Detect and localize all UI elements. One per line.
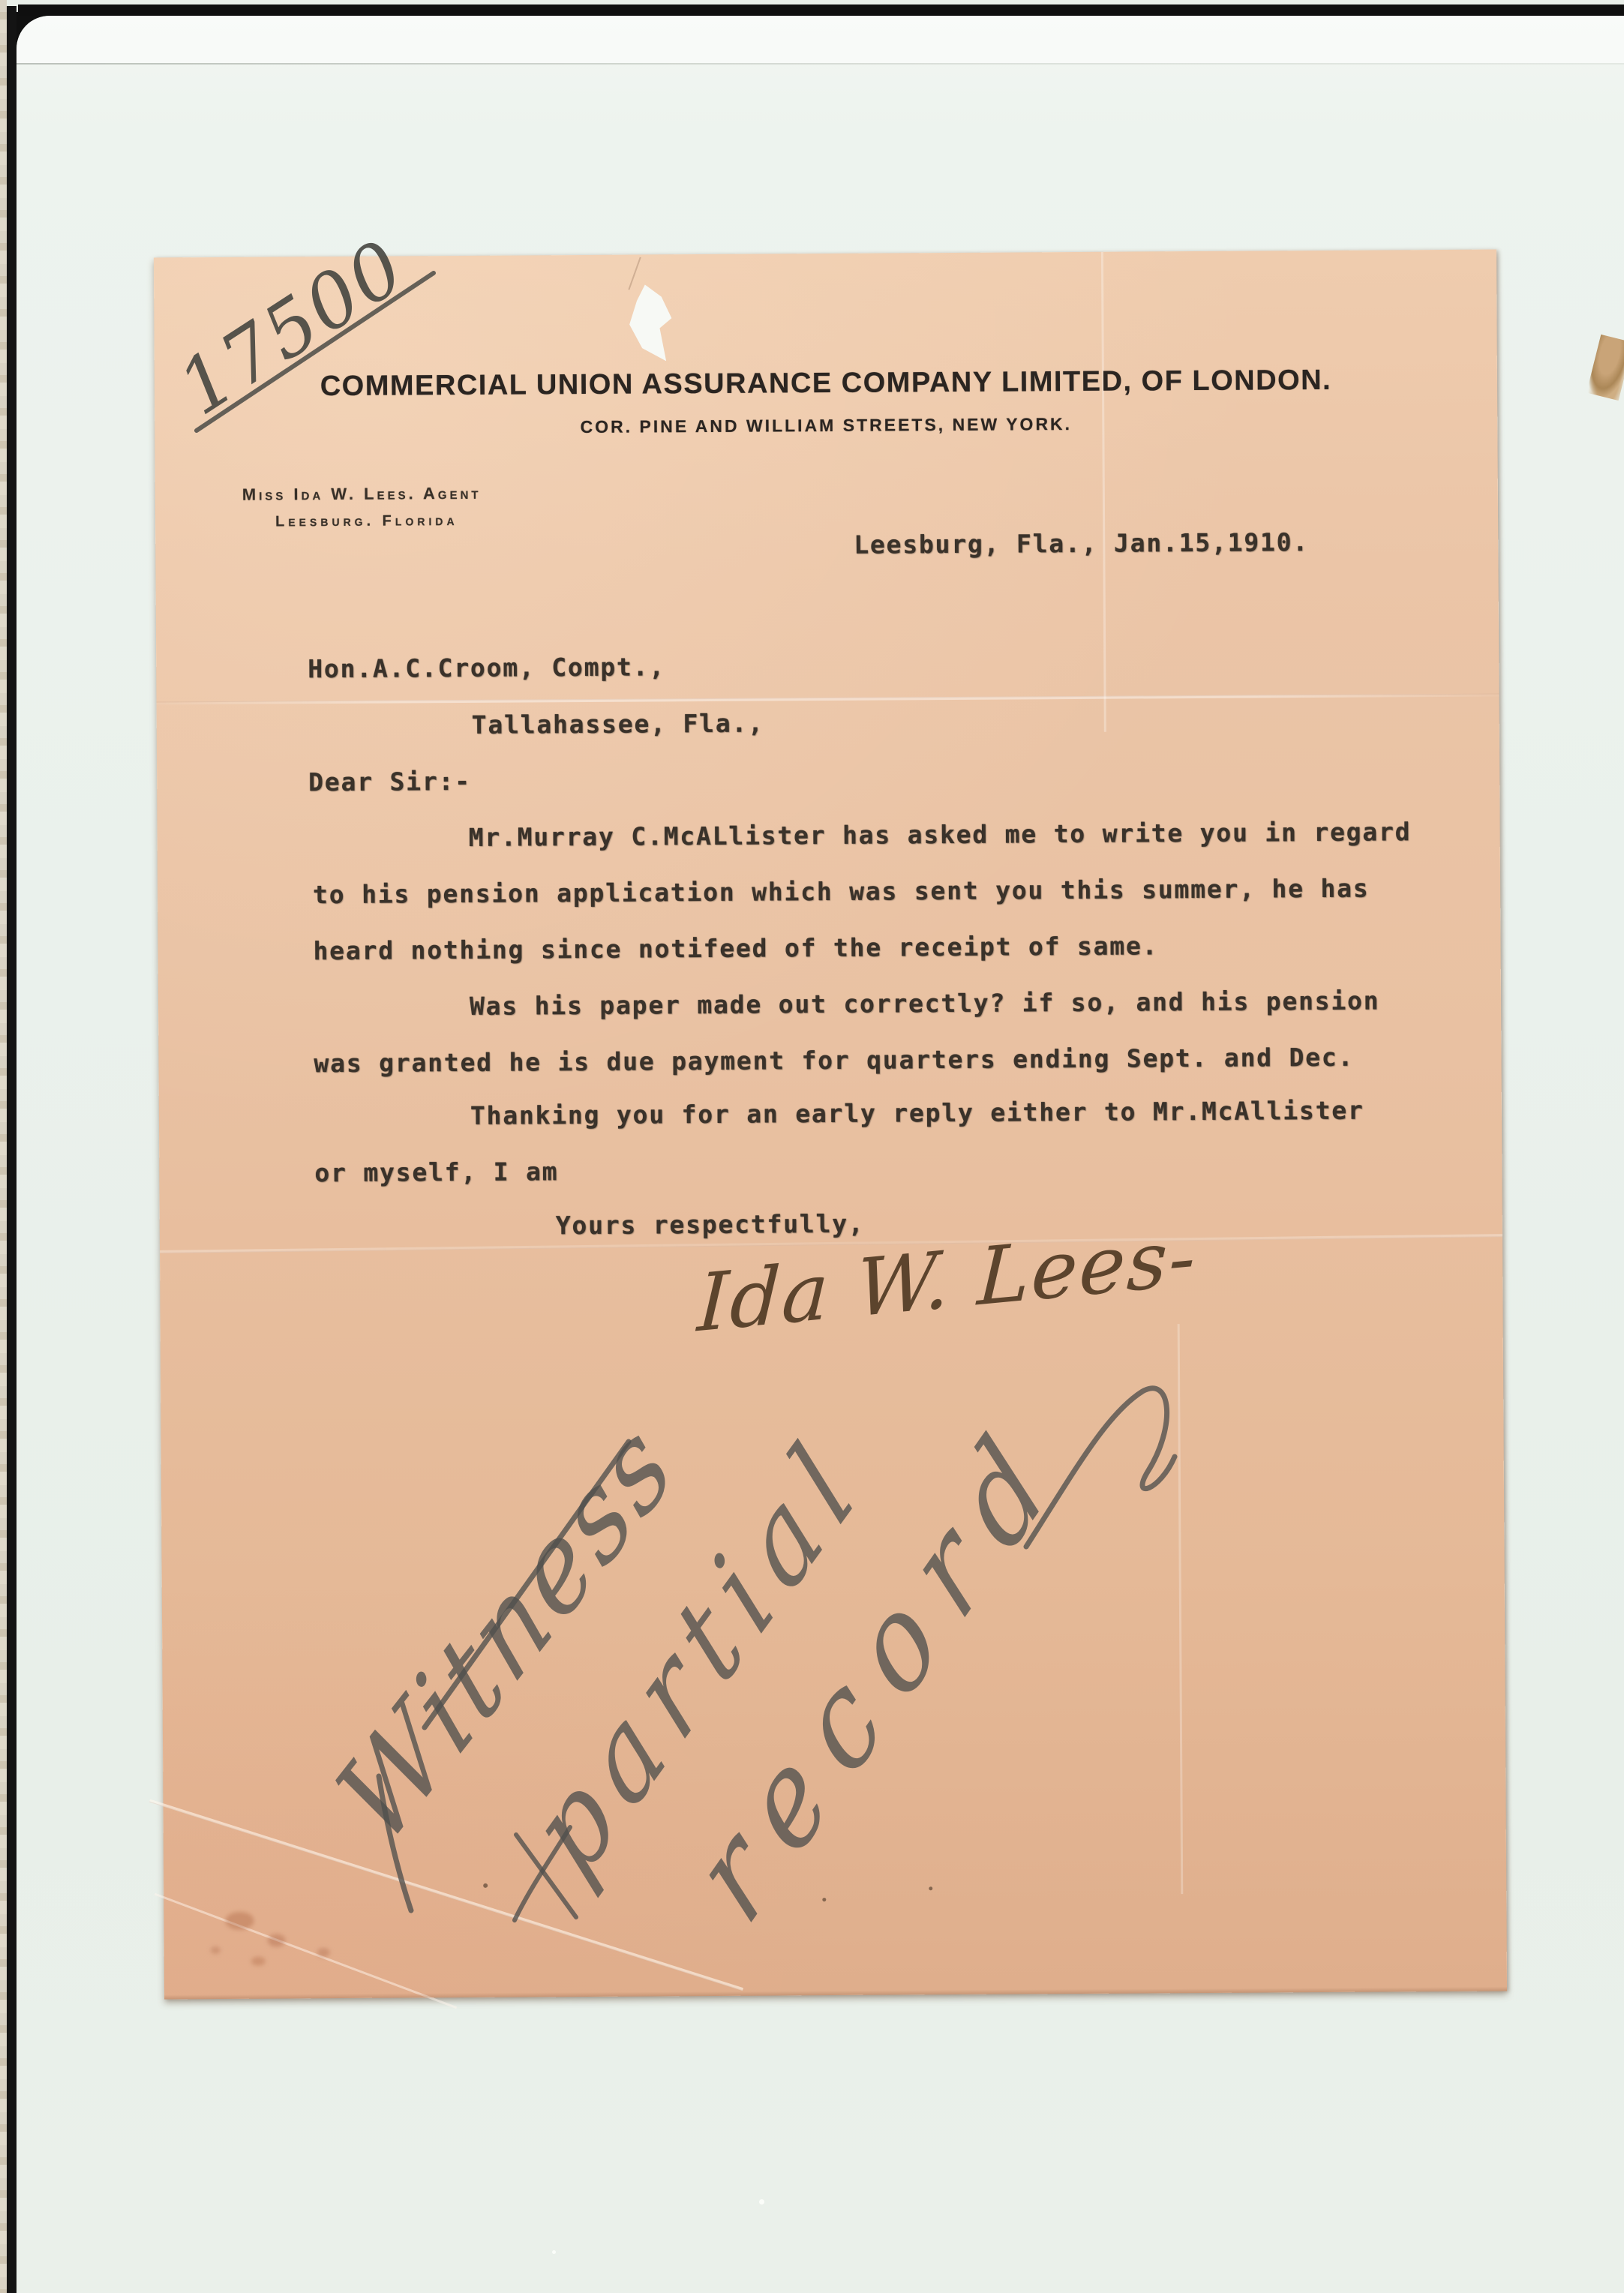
scanned-letter-page: COMMERCIAL UNION ASSURANCE COMPANY LIMIT…: [0, 0, 1624, 2293]
file-number-annotation: 17500: [163, 223, 420, 433]
handwritten-annotations-layer: 17500 Witness partial record: [0, 0, 1624, 2293]
